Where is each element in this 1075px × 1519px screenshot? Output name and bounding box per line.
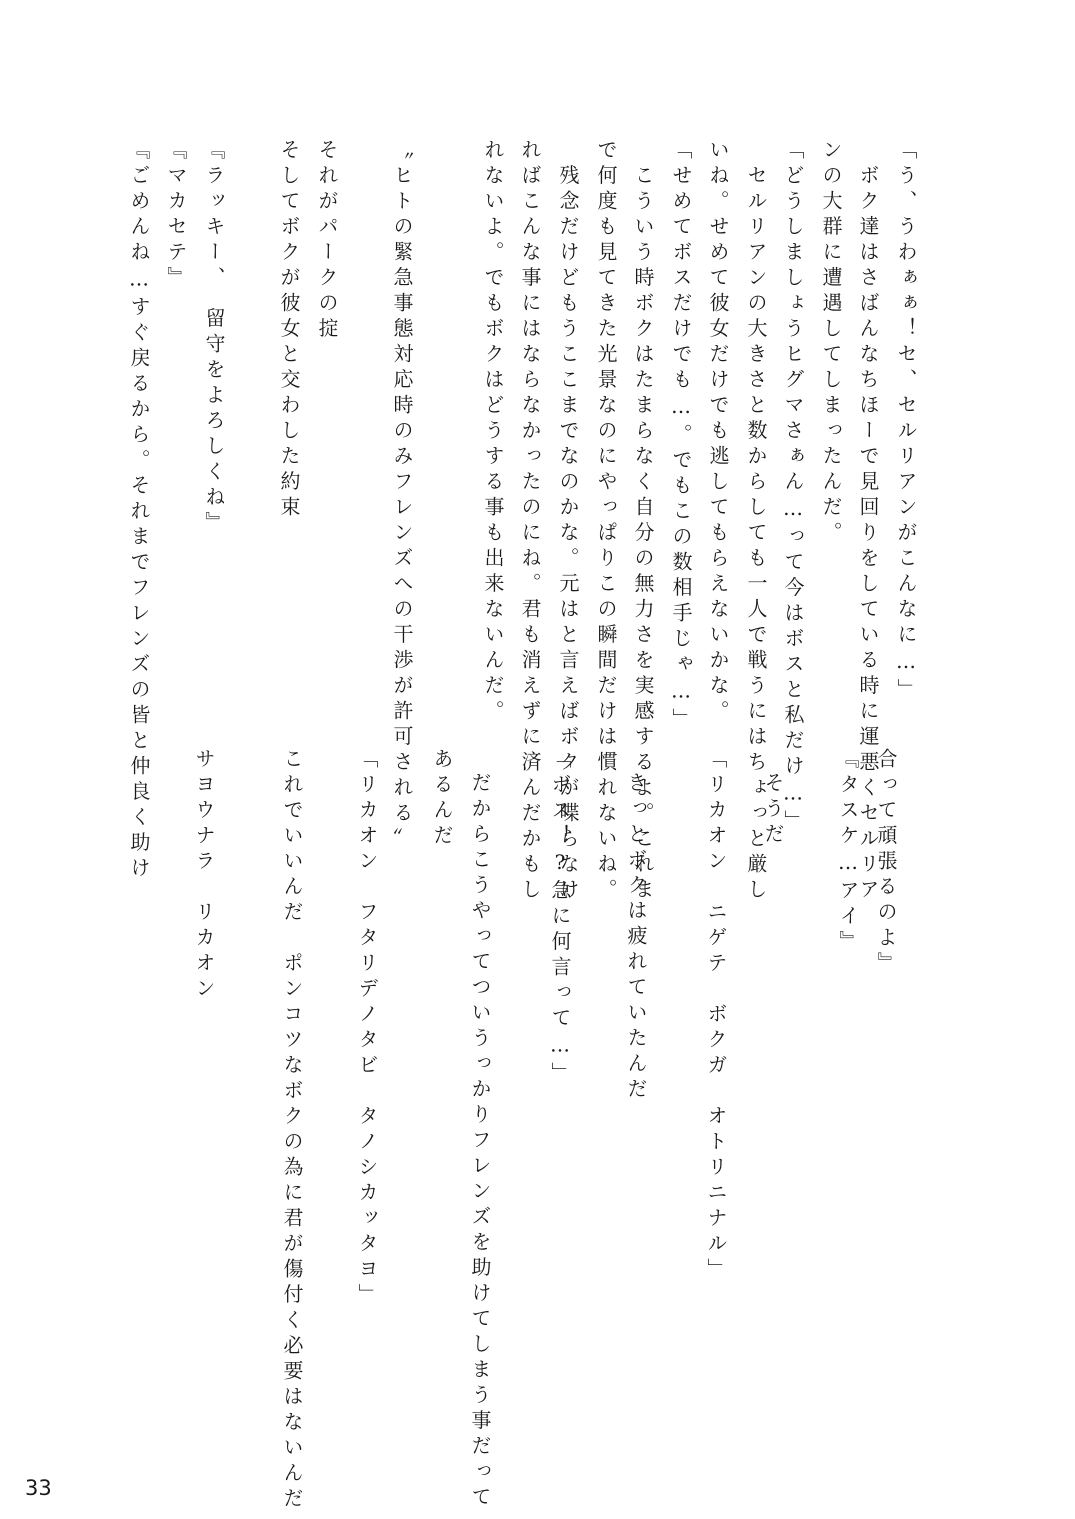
text-column-upper-0: 「う、うわぁぁ！セ、セルリアンがこんなに…」 — [893, 139, 919, 704]
text-column-lower-6: だからこうやってついうっかりフレンズを助けてしまう事だって — [467, 772, 493, 1512]
text-column-lower-8: 「リカオン フタリデノタビ タノシカッタヨ」 — [354, 748, 380, 1309]
text-column-lower-9: これでいいんだ ポンコツなボクの為に君が傷付く必要はないんだ — [279, 748, 305, 1513]
text-column-upper-12: 〝ヒトの緊急事態対応時のみフレンズへの干渉が許可される〟 — [389, 139, 415, 853]
text-column-upper-16: 『マカセテ』 — [163, 139, 189, 292]
book-page: 「う、うわぁぁ！セ、セルリアンがこんなに…」 ボク達はさばんなちほーで見回りをし… — [0, 0, 1075, 1519]
text-column-lower-1: 『タスケ…アイ』 — [835, 748, 861, 956]
text-column-lower-7: あるんだ — [429, 748, 455, 850]
text-column-upper-11: れないよ。でもボクはどうする事も出来ないんだ。 — [480, 139, 506, 726]
text-column-upper-13: それがパークの掟 — [314, 139, 340, 343]
text-column-upper-15: 『ラッキー、 留守をよろしくね』 — [201, 139, 227, 537]
text-column-lower-4: きっとボクは疲れていたんだ — [623, 772, 649, 1104]
text-column-upper-3: 「どうしましょうヒグマさぁん…って今はボスと私だけ…」 — [780, 139, 806, 836]
text-column-upper-17: 『ごめんね…すぐ戻るから。それまでフレンズの皆と仲良く助け — [126, 139, 152, 883]
text-column-upper-6: 「せめてボスだけでも…。でもこの数相手じゃ…」 — [668, 139, 694, 734]
text-column-upper-2: ンの大群に遭遇してしまったんだ。 — [818, 139, 844, 547]
text-column-lower-0: 合って頑張るのよ』 — [873, 748, 899, 978]
text-column-upper-10: ればこんな事にはならなかったのにね。君も消えずに済んだかもし — [517, 139, 543, 904]
page-number: 33 — [25, 1476, 52, 1500]
text-column-lower-3: 「リカオン ニゲテ ボクガ オトリニナル」 — [703, 748, 729, 1284]
text-column-lower-2: そうだ — [760, 772, 786, 849]
text-column-upper-5: いね。せめて彼女だけでも逃してもらえないかな。 — [705, 139, 731, 726]
text-column-upper-8: で何度も見てきた光景なのにやっぱりこの瞬間だけは慣れないね。 — [593, 139, 619, 904]
text-column-lower-5: 「ボス！?急に何言って…」 — [547, 748, 573, 1088]
text-column-lower-10: サヨウナラ リカオン — [191, 748, 217, 1003]
text-column-upper-14: そしてボクが彼女と交わした約束 — [276, 139, 302, 522]
